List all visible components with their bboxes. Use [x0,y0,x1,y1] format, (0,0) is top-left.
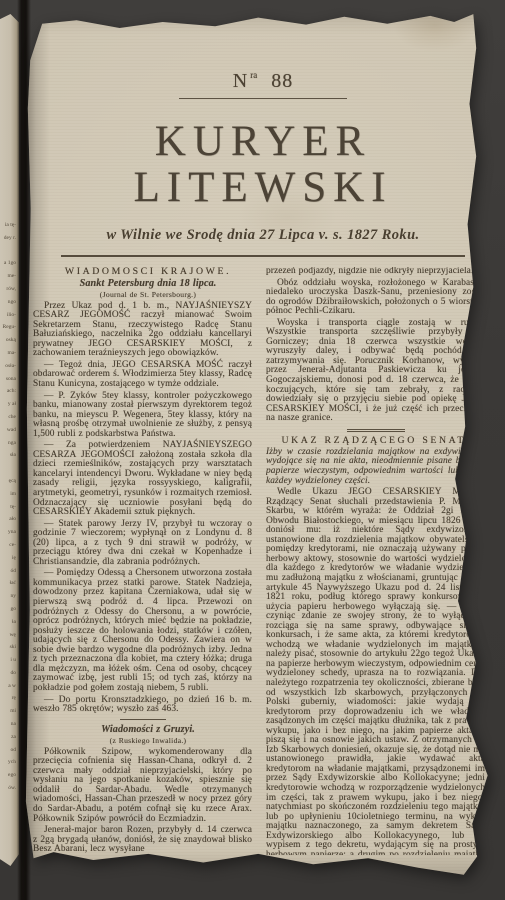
edge-fragment: yna [0,526,16,539]
edge-fragment: ię [0,552,16,565]
edge-fragment: ia tę- [0,219,16,232]
edge-fragment: ych [0,756,16,769]
issue-number: Nra88 [24,70,502,93]
edge-fragment: ngo [0,296,16,309]
newspaper-page: Nra88 KURYER LITEWSKI w Wilnie we Srodę … [24,8,502,880]
edge-fragment: ęcą [0,475,16,488]
paragraph: — Statek parowy Jerzy IV, przybył tu wcz… [33,520,252,568]
column-right: przezeń podjazdy, nigdzie nie odkryły ni… [266,267,485,855]
edge-fragment: na [0,718,16,731]
paragraph: Woyska i transporta ciągle zostają w ruc… [266,319,485,424]
edge-fragment: mi [0,705,16,718]
edge-fragment: ny [0,590,16,603]
source-line: (Journal de St. Petersbourg.) [33,290,252,300]
edge-fragment: ce- [0,539,16,552]
edge-fragment: ilio- [0,309,16,322]
issue-digits: 88 [271,70,293,92]
edge-fragment: oską [0,334,16,347]
edge-fragment: od [0,744,16,757]
edge-fragment: im [0,488,16,501]
section-heading: UKAZ RZĄDZĄCEGO SENATU. [266,436,485,446]
edge-fragment: rę [0,692,16,705]
edge-fragment: ma- [0,347,16,360]
paragraph: Przez Ukaz pod d. 1 b. m., NAYJAŚNIEYSZY… [33,302,252,359]
masthead-title: KURYER LITEWSKI [24,119,502,211]
section-heading: WIADOMOŚCI KRAJOWE. [33,267,252,277]
edge-fragment: i u [0,654,16,667]
edge-fragment: osła- [0,360,16,373]
paragraph: — Pomiędzy Odessą a Chersonem utworzona … [33,569,252,693]
previous-page-text-fragments: ia tę-dey r. a 1gome-rów,ngoilio-Regu-os… [0,14,16,795]
section-subheading: Sankt Petersburg dnia 18 lipca. [33,279,252,289]
edge-fragment: ało [0,513,16,526]
issue-superscript: ra [250,70,257,80]
edge-fragment: Regu- [0,321,16,334]
paragraph: — Do portu Kronsztadzkiego, po dzień 16 … [33,696,252,715]
column-left: WIADOMOŚCI KRAJOWE. Sankt Petersburg dni… [33,267,252,855]
paragraph: Wedle Ukazu JEGO CESARSKIEY MOŚCI, Rządz… [266,488,485,855]
edge-fragment: che [0,411,16,424]
edge-fragment: łać [0,577,16,590]
paragraph: — Tegoż dnia, JEGO CESARSKA MOŚĆ raczył … [33,361,252,390]
paragraph: przezeń podjazdy, nigdzie nie odkryły ni… [266,267,485,277]
divider-rule [179,98,347,99]
edge-fragment: rów, [0,283,16,296]
paragraph: — P. Zyków 5tey klassy, kontroler pożycz… [33,392,252,440]
section-subheading: Wiadomości z Gruzyi. [33,725,252,735]
edge-fragment: nga [0,437,16,450]
masthead-dateline: w Wilnie we Srodę dnia 27 Lipca v. s. 18… [24,227,502,244]
edge-fragment: a w [0,680,16,693]
divider-rule [120,719,166,720]
article-columns: WIADOMOŚCI KRAJOWE. Sankt Petersburg dni… [24,257,502,855]
edge-fragment: dey r. [0,232,16,245]
divider-rule [347,429,405,433]
source-line: (z Ruskiego Inwalida.) [33,736,252,746]
edge-fragment: ach: [0,385,16,398]
paragraph: Obóz oddziału woyska, rozłożonego w Kara… [266,279,485,317]
edge-fragment: do [0,667,16,680]
edge-fragment: tę- [0,501,16,514]
edge-fragment: za [0,731,16,744]
edge-fragment: wę [0,629,16,642]
edge-fragment: ego [0,769,16,782]
edge-fragment: sona [0,373,16,386]
edge-fragment: me- [0,270,16,283]
paper-sheet: Nra88 KURYER LITEWSKI w Wilnie we Srodę … [24,8,502,880]
paragraph: Jenerał-major baron Rozen, przybyły d. 1… [33,826,252,855]
edge-fragment: go [0,603,16,616]
edge-fragment: y ał [0,398,16,411]
edge-fragment: wad [0,424,16,437]
paragraph: — Za potwierdzeniem NAYJAŚNIEYSZEGO CESA… [33,441,252,517]
edge-fragment: ów. [0,782,16,795]
edge-fragment: ski [0,641,16,654]
paragraph: Półkownik Szipow, wykomenderowany dla pr… [33,748,252,824]
edge-fragment: ła [0,616,16,629]
edge-fragment: sła [0,449,16,462]
edge-fragment: a 1go [0,257,16,270]
issue-letter: N [233,70,250,92]
edge-fragment [0,462,16,475]
edge-fragment: ód [0,565,16,578]
edge-fragment [0,245,16,258]
decree-summary: Iżby w czasie rozdzielania majątkow na e… [266,448,485,486]
